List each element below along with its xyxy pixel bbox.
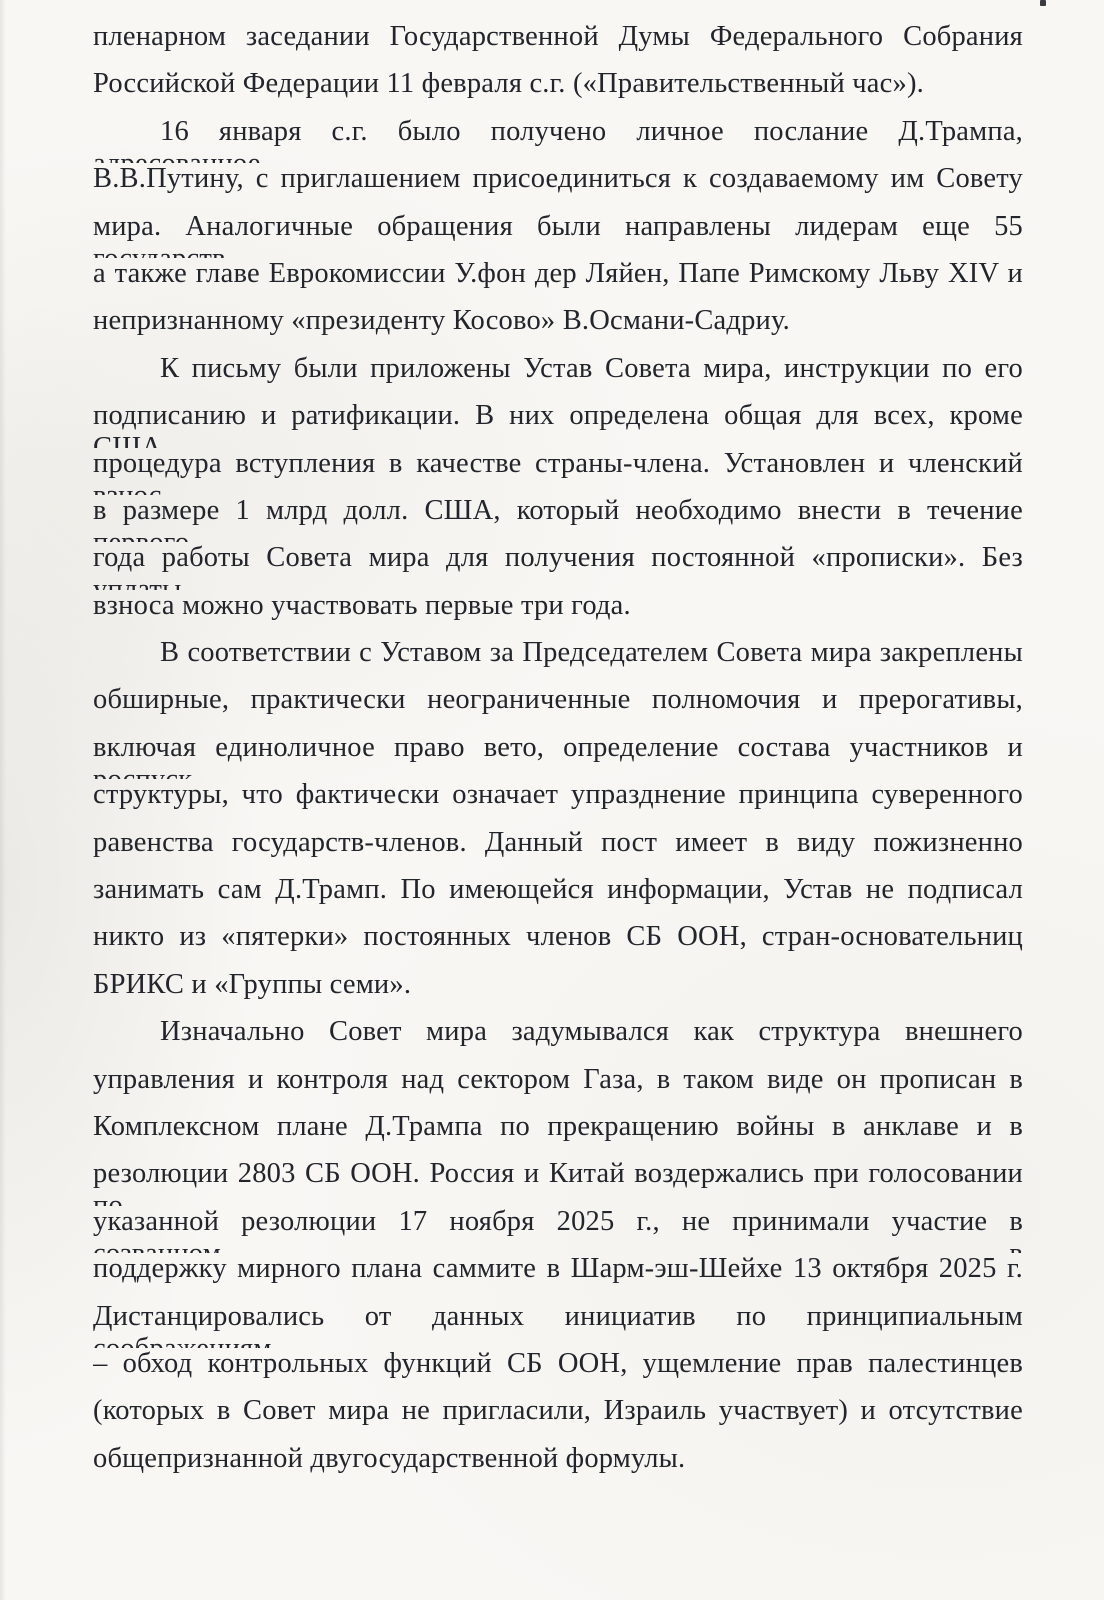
scan-edge-shading — [0, 0, 6, 1600]
text-line: непризнанному «президенту Косово» В.Осма… — [93, 305, 1023, 352]
document-text: пленарном заседании Государственной Думы… — [93, 21, 1023, 1490]
document-page: пленарном заседании Государственной Думы… — [0, 0, 1104, 1600]
text-line: а также главе Еврокомиссии У.фон дер Ляй… — [93, 258, 1023, 305]
text-line: структуры, что фактически означает упраз… — [93, 779, 1023, 826]
text-line: Российской Федерации 11 февраля с.г. («П… — [93, 68, 1023, 115]
text-line: поддержку мирного плана саммите в Шарм-э… — [93, 1253, 1023, 1300]
text-line: взноса можно участвовать первые три года… — [93, 590, 1023, 637]
text-line: занимать сам Д.Трамп. По имеющейся инфор… — [93, 874, 1023, 921]
paragraph: 16 января с.г. было получено личное посл… — [93, 116, 1023, 353]
text-line: К письму были приложены Устав Совета мир… — [93, 353, 1023, 400]
scan-artifact-mark — [1040, 0, 1046, 6]
text-line: процедура вступления в качестве страны-ч… — [93, 448, 1023, 495]
paragraph: Изначально Совет мира задумывался как ст… — [93, 1016, 1023, 1490]
text-line: Дистанцировались от данных инициатив по … — [93, 1301, 1023, 1348]
text-line: подписанию и ратификации. В них определе… — [93, 400, 1023, 447]
text-line: – обход контрольных функций СБ ООН, ущем… — [93, 1348, 1023, 1395]
text-line: указанной резолюции 17 ноября 2025 г., н… — [93, 1206, 1023, 1253]
text-line: В.В.Путину, с приглашением присоединитьс… — [93, 163, 1023, 210]
text-line: Изначально Совет мира задумывался как ст… — [93, 1016, 1023, 1063]
text-line: равенства государств-членов. Данный пост… — [93, 827, 1023, 874]
text-line: года работы Совета мира для получения по… — [93, 542, 1023, 589]
text-line: включая единоличное право вето, определе… — [93, 732, 1023, 779]
text-line: (которых в Совет мира не пригласили, Изр… — [93, 1395, 1023, 1442]
text-line: резолюции 2803 СБ ООН. Россия и Китай во… — [93, 1158, 1023, 1205]
text-line: никто из «пятерки» постоянных членов СБ … — [93, 921, 1023, 968]
text-line: БРИКС и «Группы семи». — [93, 969, 1023, 1016]
text-line: в размере 1 млрд долл. США, который необ… — [93, 495, 1023, 542]
text-line: 16 января с.г. было получено личное посл… — [93, 116, 1023, 163]
paragraph: пленарном заседании Государственной Думы… — [93, 21, 1023, 116]
text-line: управления и контроля над сектором Газа,… — [93, 1064, 1023, 1111]
text-line: пленарном заседании Государственной Думы… — [93, 21, 1023, 68]
text-line: общепризнанной двугосударственной формул… — [93, 1443, 1023, 1490]
paragraph: К письму были приложены Устав Совета мир… — [93, 353, 1023, 637]
text-line: мира. Аналогичные обращения были направл… — [93, 211, 1023, 258]
paragraph: В соответствии с Уставом за Председателе… — [93, 637, 1023, 1016]
text-line: В соответствии с Уставом за Председателе… — [93, 637, 1023, 684]
text-line: Комплексном плане Д.Трампа по прекращени… — [93, 1111, 1023, 1158]
text-line: обширные, практически неограниченные пол… — [93, 684, 1023, 731]
